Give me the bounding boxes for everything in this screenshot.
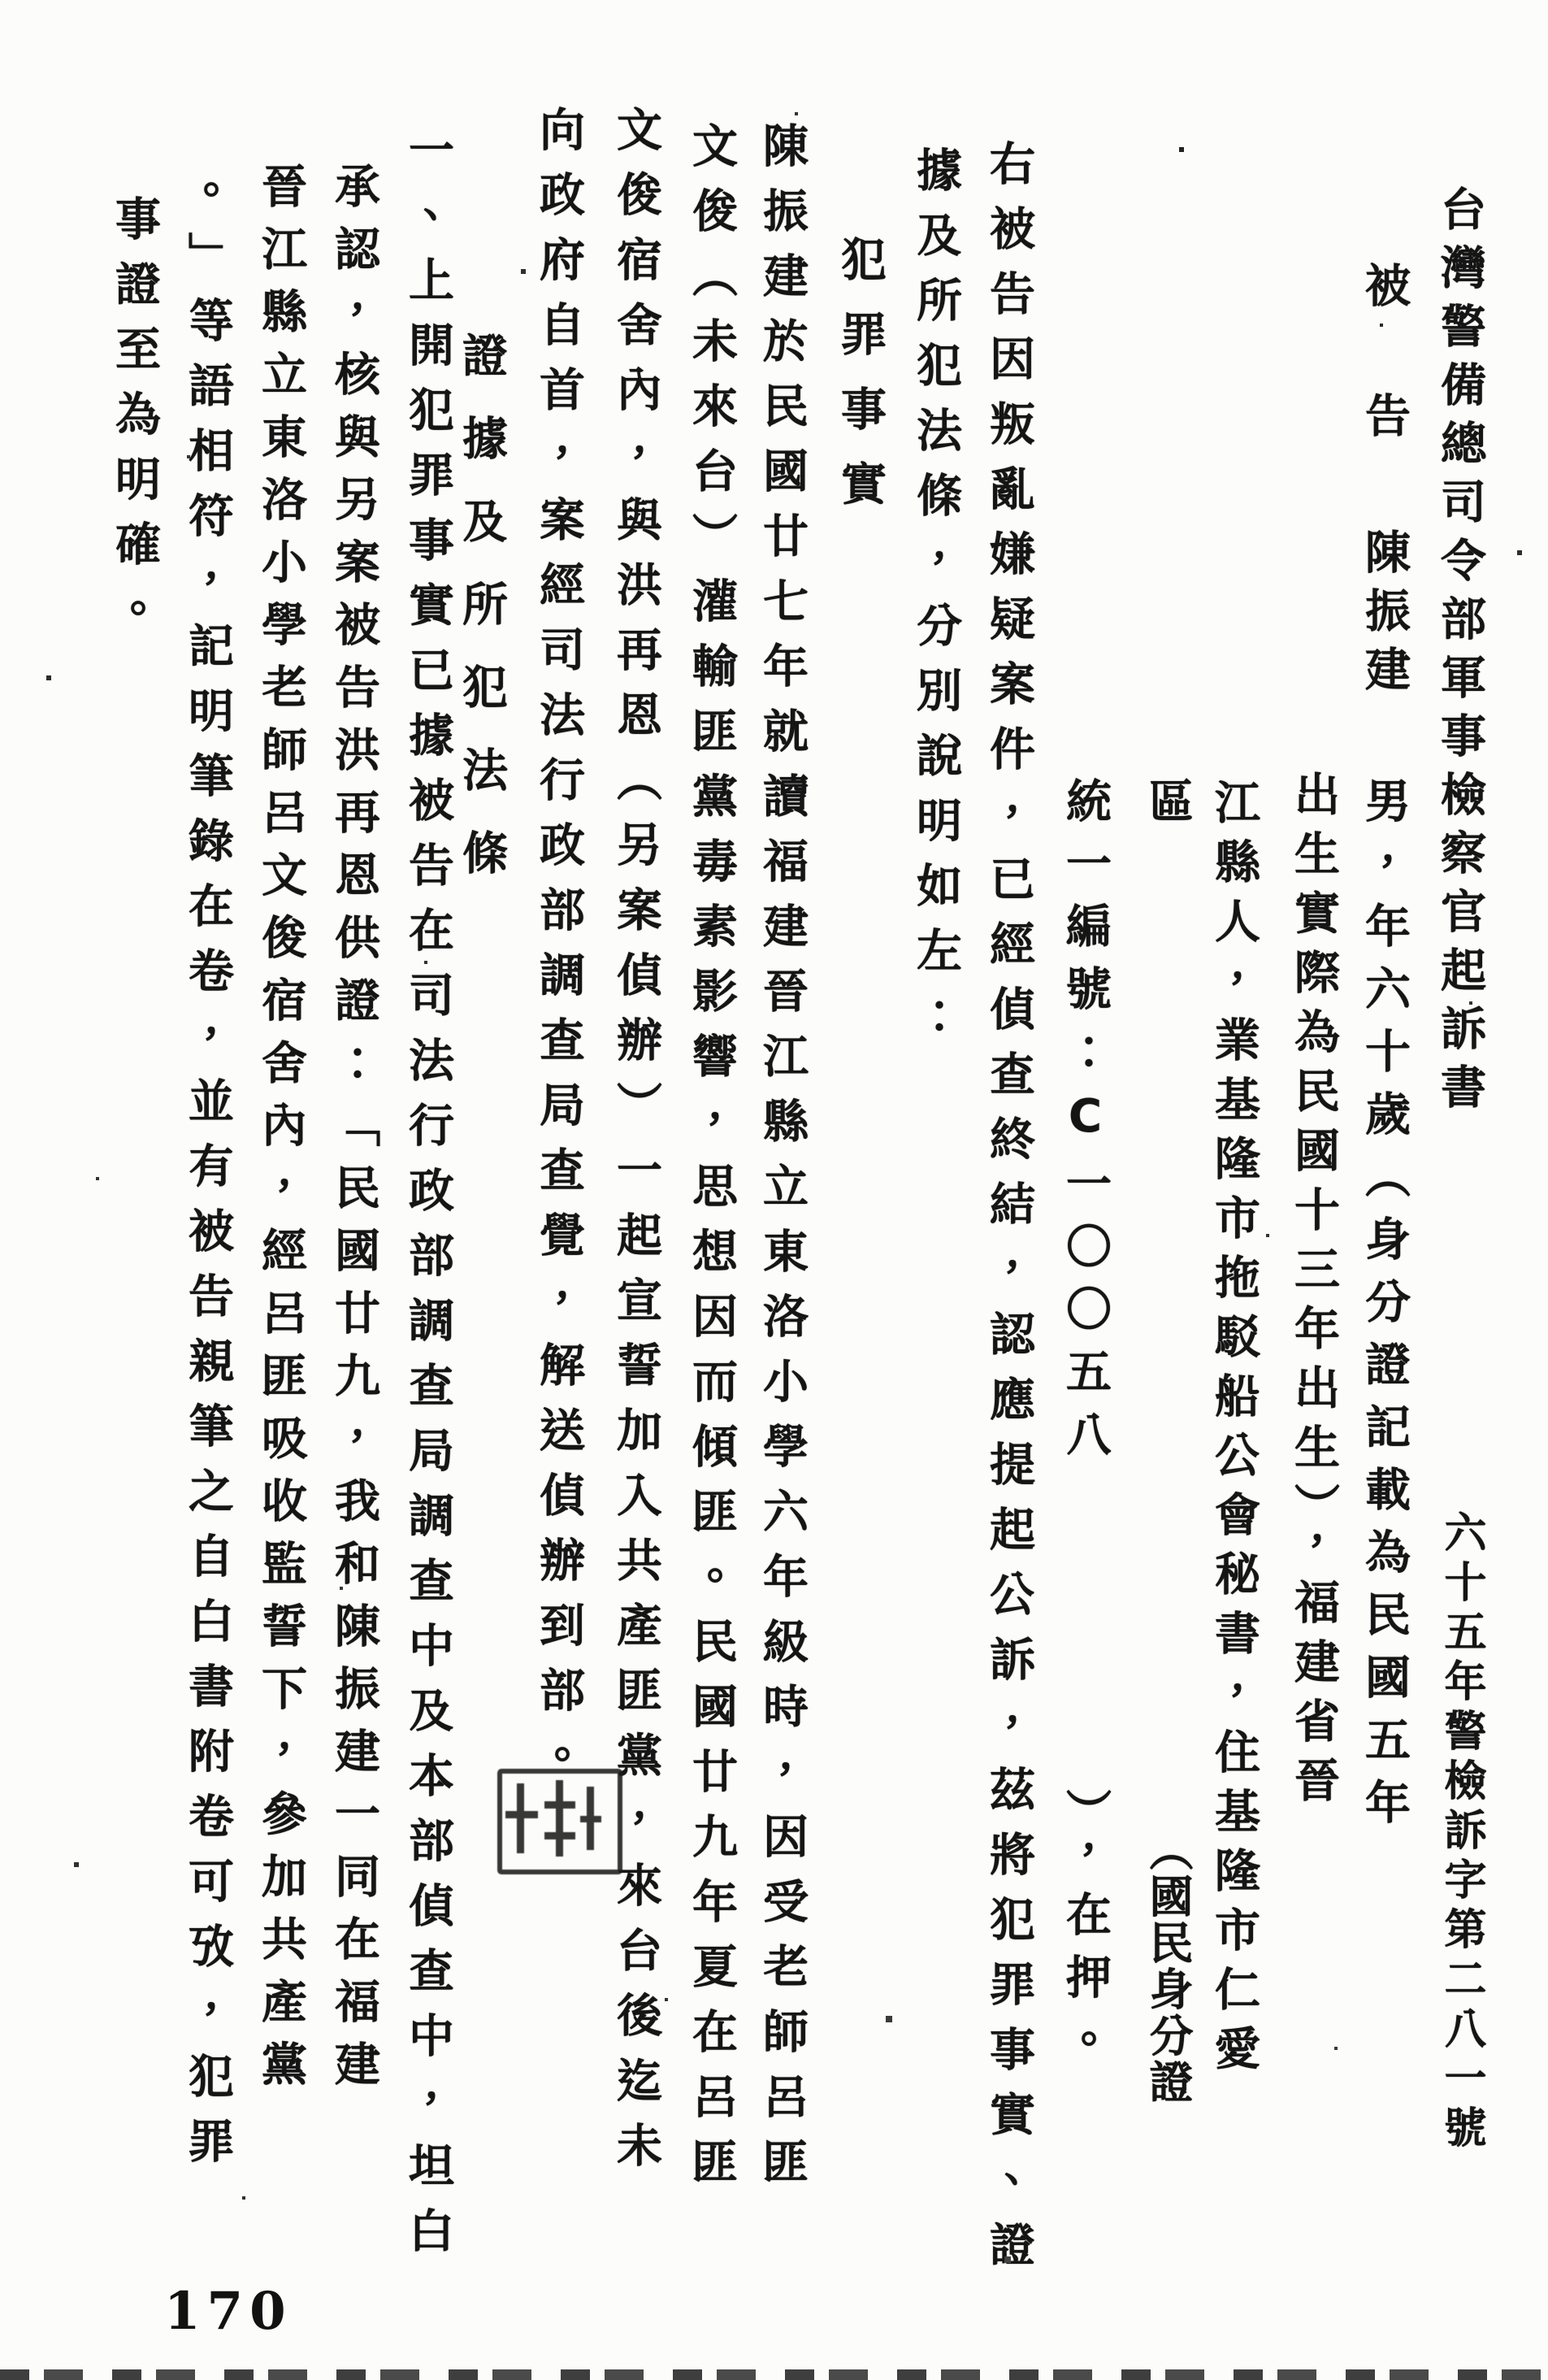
ink-stamp xyxy=(497,1769,622,1874)
preamble-column: 右被告因叛亂嫌疑案件，已經偵查終結，認應提起公訴，茲將犯罪事實、證 xyxy=(978,140,1039,2286)
case-number: 六十五年警檢訴字第二八一號 xyxy=(1430,1510,1492,2155)
scan-edge-artifact xyxy=(0,2369,1548,2380)
stamp-stroke xyxy=(544,1801,575,1809)
stamp-stroke xyxy=(517,1783,524,1853)
section-header-facts: 犯罪事實 xyxy=(829,236,891,535)
defendant-id-number-column: 統一編號：C一〇〇五八 xyxy=(1054,777,1116,1473)
evidence-column: 事證至為明確。 xyxy=(103,195,165,650)
facts-column: 陳振建於民國廿七年就讀福建晉江縣立東洛小學六年級時，因受老師呂匪 xyxy=(751,122,813,2203)
page-number: 170 xyxy=(164,2281,293,2342)
evidence-column: 晉江縣立東洛小學老師呂文俊宿舍內，經呂匪吸收監誓下，參加共產黨 xyxy=(249,163,311,2103)
facts-column: 文俊（未來台）灌輸匪黨毒素影響，思想因而傾匪。民國廿九年夏在呂匪 xyxy=(680,122,742,2203)
evidence-column: 承認，核與另案被告洪再恩供證：「民國廿九，我和陳振建一同在福建 xyxy=(323,163,384,2103)
stamp-stroke xyxy=(556,1780,563,1857)
defendant-label: 被告 xyxy=(1353,262,1415,522)
stamp-stroke xyxy=(544,1832,575,1839)
section-header-evidence: 證據及所犯法條 xyxy=(450,332,512,912)
defendant-particulars-column: 江縣人，業基隆市拖駁船公會秘書，住基隆市仁愛 xyxy=(1203,779,1264,2084)
defendant-id-note-column: （國民身分證 xyxy=(1137,1827,1199,2105)
defendant-particulars-column: 男，年六十歲（身分證記載為民國五年 xyxy=(1353,777,1415,1841)
facts-column: 向政府自首，案經司法行政部調查局查覺，解送偵辦到部。 xyxy=(527,106,589,1796)
defendant-custody-column: ），在押。 xyxy=(1054,1788,1116,2078)
scanned-indictment-page: 台灣警備總司令部軍事檢察官起訴書 六十五年警檢訴字第二八一號 被告 陳振建 男，… xyxy=(0,0,1548,2380)
stamp-stroke xyxy=(580,1816,601,1822)
scan-speckles xyxy=(0,0,3,3)
defendant-particulars-column: 區 xyxy=(1137,777,1199,842)
evidence-column: 。」等語相符，記明筆錄在卷，並有被告親筆之自白書附卷可攷，犯罪 xyxy=(176,167,238,2182)
stamp-stroke xyxy=(505,1811,538,1818)
preamble-column: 據及所犯法條，分別說明如左： xyxy=(904,146,966,1057)
defendant-particulars-column: 出生實際為民國十三年出生），福建省晉 xyxy=(1282,771,1344,1816)
defendant-name: 陳振建 xyxy=(1353,528,1415,704)
document-title: 台灣警備總司令部軍事檢察官起訴書 xyxy=(1429,185,1490,1122)
evidence-column: 一、上開犯罪事實已據被告在司法行政部調查局調查中及本部偵查中，坦白 xyxy=(397,126,458,2272)
facts-column: 文俊宿舍內，與洪再恩（另案偵辦）一起宣誓加入共產匪黨，來台後迄未 xyxy=(605,106,666,2187)
